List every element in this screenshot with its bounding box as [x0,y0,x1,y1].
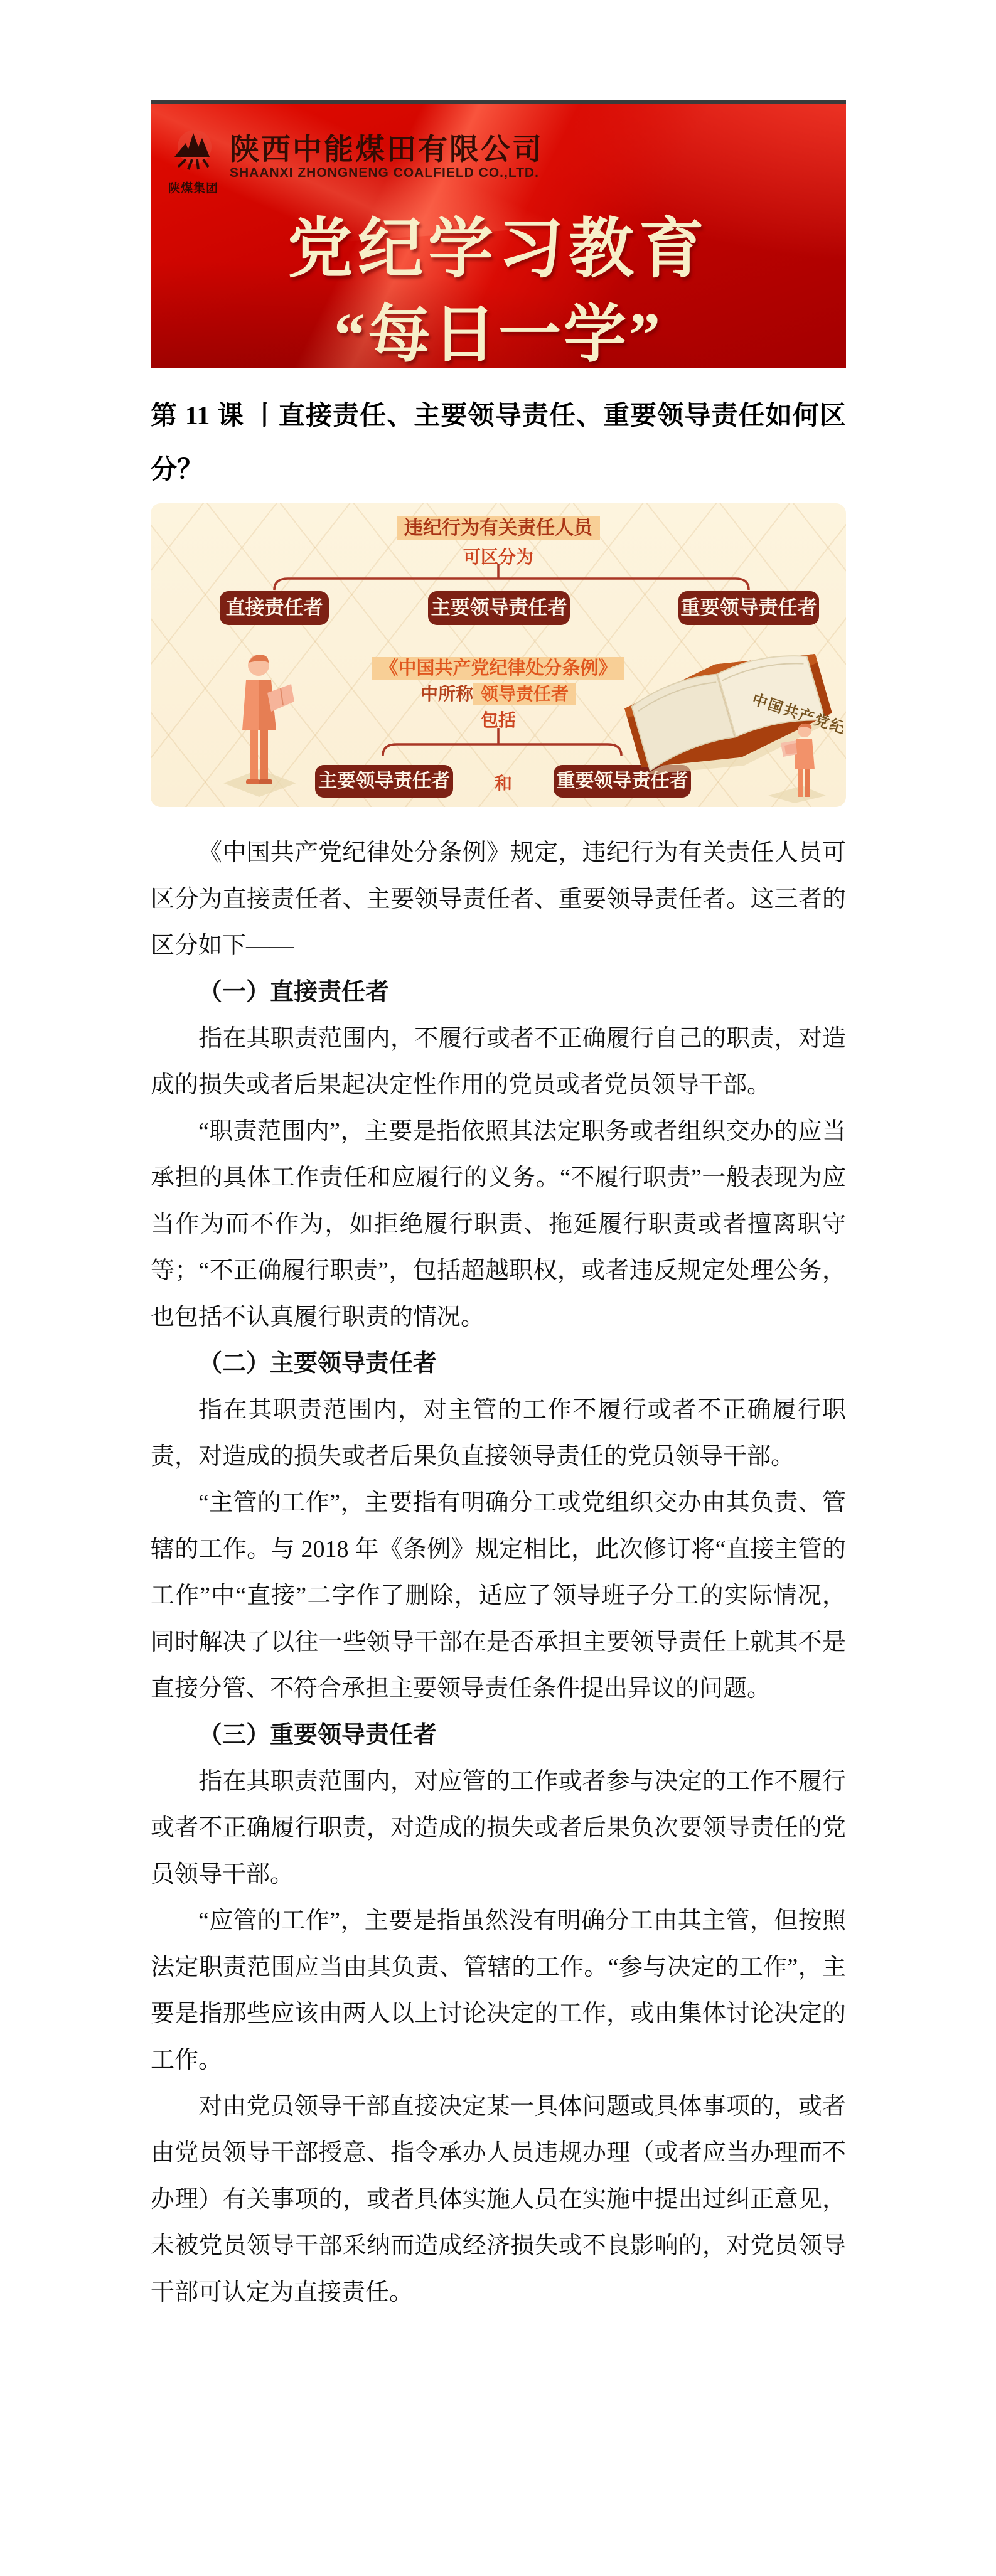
body-paragraph: 指在其职责范围内，不履行或者不正确履行自己的职责，对造成的损失或者后果起决定性作… [151,1015,846,1108]
section-heading: （三）重要领导责任者 [151,1712,846,1758]
diagram-box-direct: 直接责任者 [220,591,329,625]
section-heading: （二）主要领导责任者 [151,1340,846,1387]
section-heading: （一）直接责任者 [151,969,846,1015]
diagram-conjunction: 和 [476,770,531,795]
logo-caption: 陕煤集团 [167,179,220,196]
company-name-en: SHAANXI ZHONGNENG COALFIELD CO.,LTD. [230,166,544,181]
body-paragraph: “应管的工作”，主要是指虽然没有明确分工由其主管，但按照法定职责范围应当由其负责… [151,1898,846,2083]
diagram-bracket-top [151,564,846,591]
body-paragraph: “主管的工作”，主要指有明确分工或党组织交办由其负责、管辖的工作。与 2018 … [151,1480,846,1712]
diagram-box-main-leader-2: 主要领导责任者 [315,765,453,798]
diagram-box-main-leader: 主要领导责任者 [428,591,570,625]
article-heading: 第 11 课 丨直接责任、主要领导责任、重要领导责任如何区分？ [151,389,846,497]
company-name-block: 陕西中能煤田有限公司 SHAANXI ZHONGNENG COALFIELD C… [230,128,544,181]
body-paragraph: 指在其职责范围内，对应管的工作或者参与决定的工作不履行或者不正确履行职责，对造成… [151,1758,846,1898]
header-banner: 陕煤集团 陕西中能煤田有限公司 SHAANXI ZHONGNENG COALFI… [151,104,846,368]
body-paragraph: 《中国共产党纪律处分条例》规定，违纪行为有关责任人员可区分为直接责任者、主要领导… [151,830,846,969]
diagram-box-important-leader: 重要领导责任者 [678,591,819,625]
body-paragraph: 对由党员领导干部直接决定某一具体问题或具体事项的，或者由党员领导干部授意、指令承… [151,2083,846,2316]
body-paragraph: 指在其职责范围内，对主管的工作不履行或者不正确履行职责，对造成的损失或者后果负直… [151,1387,846,1480]
content-column: 陕煤集团 陕西中能煤田有限公司 SHAANXI ZHONGNENG COALFI… [151,0,846,2316]
diagram-subtitle-term: 领导责任者 [473,683,576,705]
company-logo-block: 陕煤集团 陕西中能煤田有限公司 SHAANXI ZHONGNENG COALFI… [167,128,544,196]
banner-title: 党纪学习教育 [151,196,846,290]
mountain-flame-logo-icon [167,128,220,174]
company-name-cn: 陕西中能煤田有限公司 [230,133,544,166]
responsibility-diagram: 违纪行为有关责任人员 可区分为 直接责任者 主要领导责任者 重要领导责任者 《中… [151,503,846,807]
diagram-top-title: 违纪行为有关责任人员 [151,512,846,540]
article-page: 陕煤集团 陕西中能煤田有限公司 SHAANXI ZHONGNENG COALFI… [0,0,996,2576]
banner-subtitle: “每日一学” [151,284,846,368]
reading-person-right-illustration [766,715,841,803]
reading-person-left-illustration [218,635,300,799]
diagram-subtitle-prefix: 中所称 [420,685,473,704]
article-body: 《中国共产党纪律处分条例》规定，违纪行为有关责任人员可区分为直接责任者、主要领导… [151,830,846,2316]
company-logo: 陕煤集团 [167,128,220,196]
body-paragraph: “职责范围内”，主要是指依照其法定职务或者组织交办的应当承担的具体工作责任和应履… [151,1108,846,1340]
